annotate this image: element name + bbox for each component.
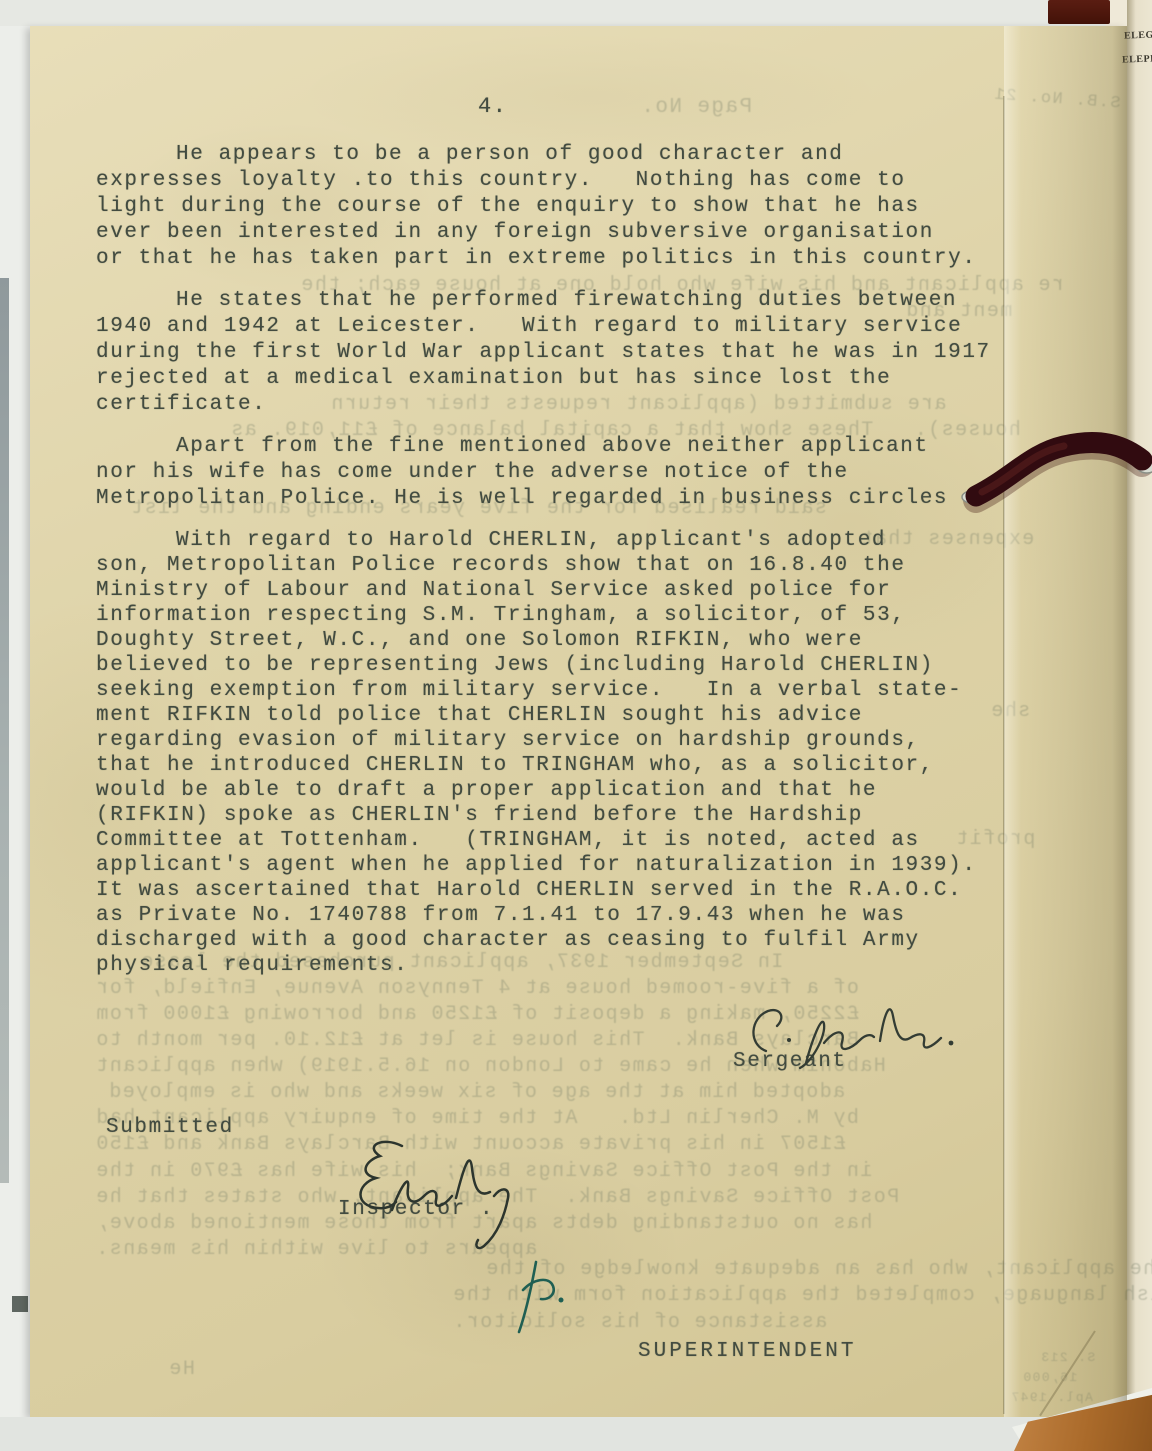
superintendent-title: SUPERINTENDENT — [638, 1340, 856, 1363]
typed-paragraph: With regard to Harold CHERLIN, applicant… — [96, 528, 1042, 978]
typed-paragraph: He states that he performed firewatching… — [96, 288, 1042, 418]
page-number: 4. — [478, 94, 508, 119]
scanned-document-page: ELEGR ELEPH Page No.S.B. No. 21re applic… — [0, 0, 1152, 1451]
report-body: He appears to be a person of good charac… — [96, 142, 1042, 994]
typed-text-layer: 4. He appears to be a person of good cha… — [0, 0, 1152, 1451]
sergeant-title: Sergeant — [733, 1050, 847, 1073]
submitted-label: Submitted — [106, 1116, 234, 1139]
inspector-title: Inspector . — [338, 1198, 494, 1221]
page-crease-line — [1003, 96, 1005, 1414]
typed-paragraph: He appears to be a person of good charac… — [96, 142, 1042, 272]
typed-paragraph: Apart from the fine mentioned above neit… — [96, 434, 1042, 512]
